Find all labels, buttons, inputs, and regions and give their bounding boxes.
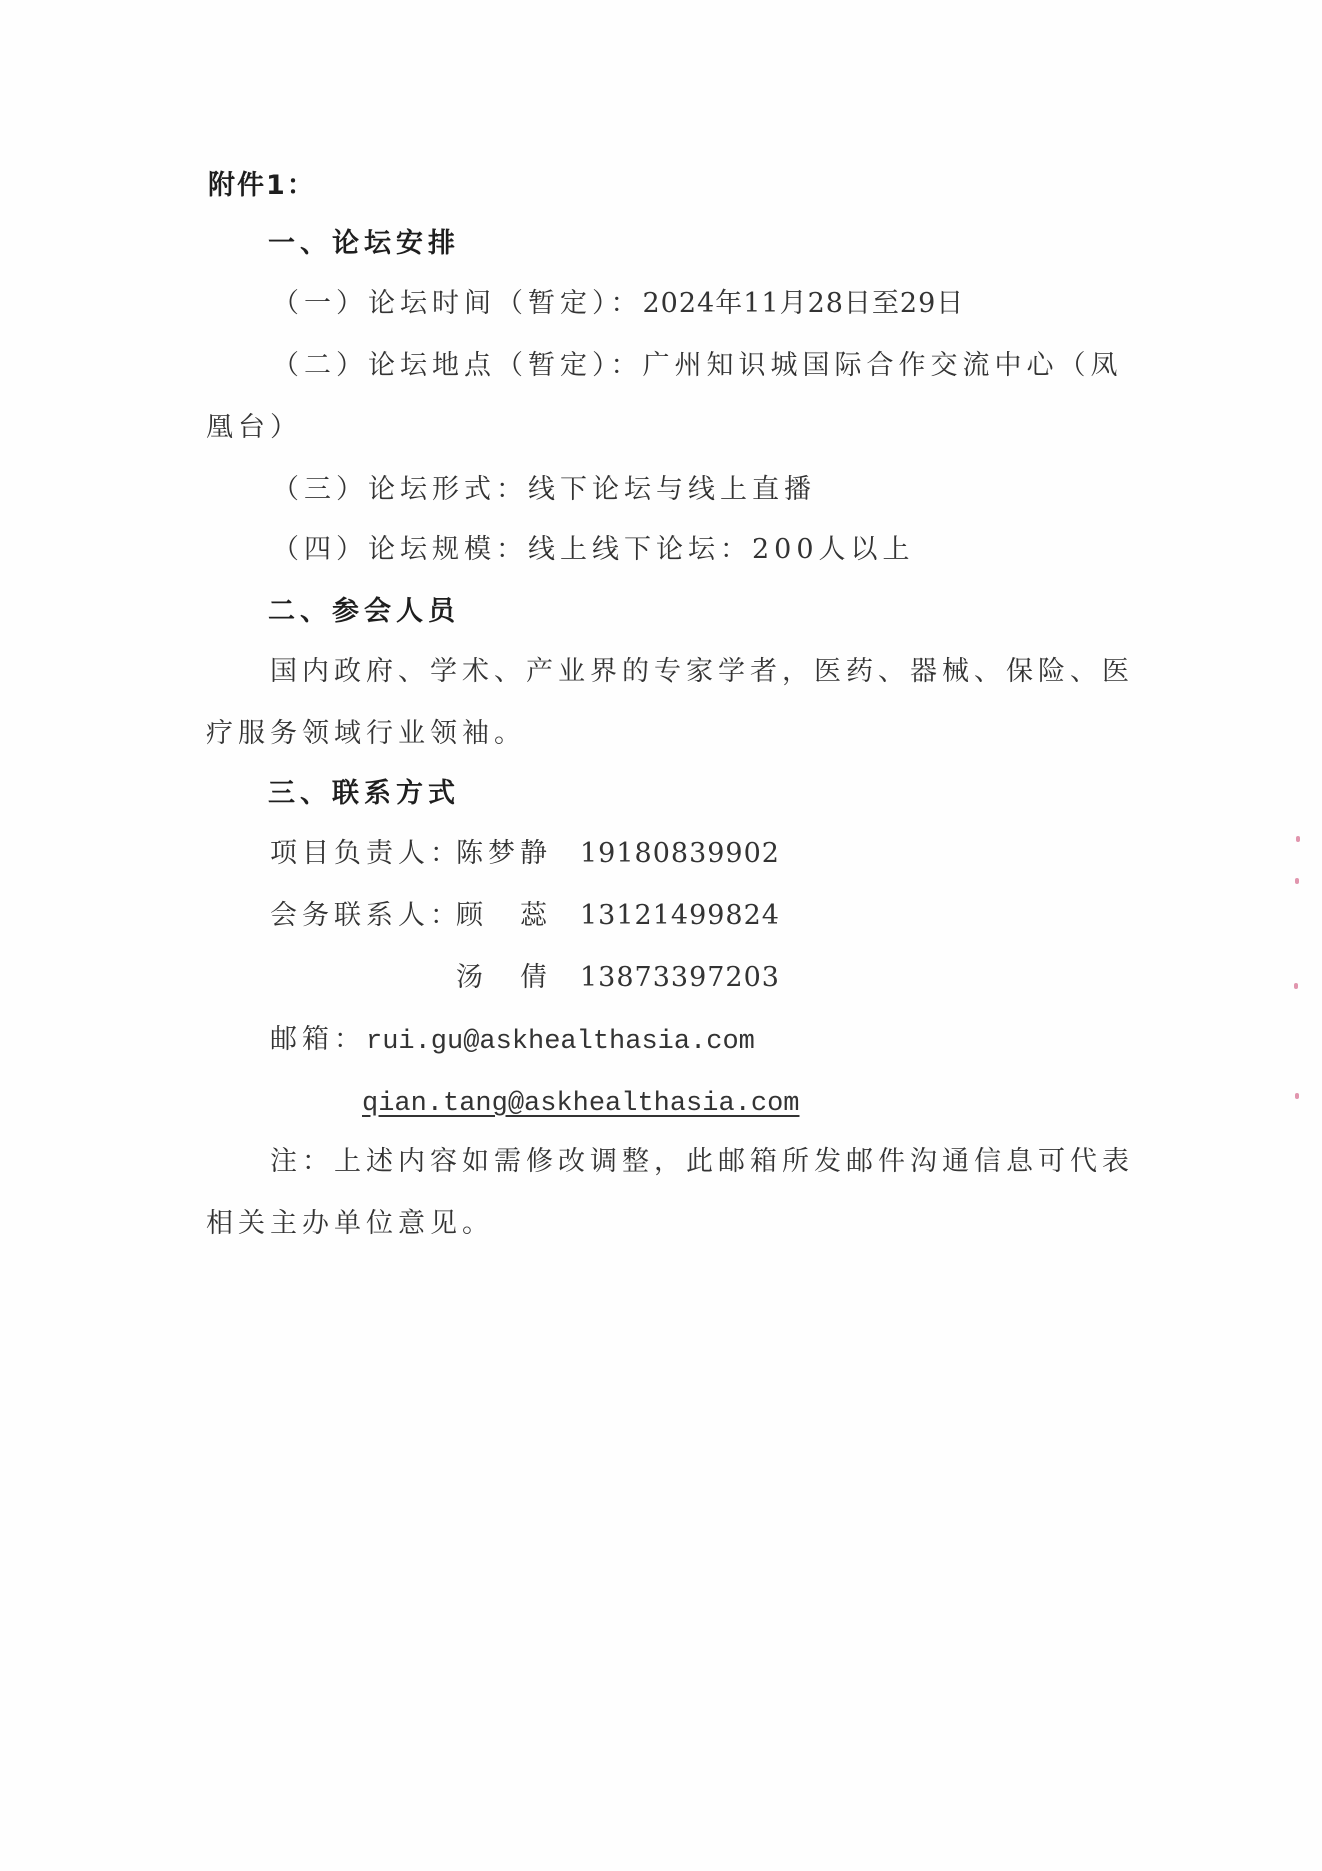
- forum-scale-item: （四）论坛规模：线上线下论坛：200人以上: [272, 530, 915, 570]
- stamp-edge-mark: [1296, 836, 1300, 842]
- forum-location-value: 广州知识城国际合作交流中心（凤: [643, 350, 1123, 381]
- forum-scale-value: 线上线下论坛：200人以上: [528, 534, 915, 565]
- contact-role: 会务联系人：: [270, 896, 456, 936]
- note-text-line1: 注：上述内容如需修改调整，此邮箱所发邮件沟通信息可代表: [270, 1142, 1134, 1182]
- stamp-edge-mark: [1295, 1093, 1299, 1099]
- contact-phone: 19180839902: [580, 838, 780, 869]
- note-text-line2: 相关主办单位意见。: [206, 1204, 494, 1244]
- forum-time-label: （一）论坛时间（暂定）：: [272, 288, 643, 319]
- attachment-title: 附件1：: [208, 166, 316, 206]
- email-link-qian-tang[interactable]: qian.tang@askhealthasia.com: [362, 1089, 799, 1119]
- contact-name: 汤 倩: [456, 958, 580, 998]
- contact-name: 陈梦静: [456, 834, 580, 874]
- forum-location-item: （二）论坛地点（暂定）：广州知识城国际合作交流中心（凤: [272, 346, 1123, 386]
- forum-scale-label: （四）论坛规模：: [272, 534, 528, 565]
- participants-text-line1: 国内政府、学术、产业界的专家学者，医药、器械、保险、医: [270, 652, 1134, 692]
- forum-location-label: （二）论坛地点（暂定）：: [272, 350, 643, 381]
- forum-format-label: （三）论坛形式：: [272, 474, 528, 505]
- contact-row-project-lead: 项目负责人：陈梦静19180839902: [270, 834, 780, 874]
- forum-time-item: （一）论坛时间（暂定）：2024年11月28日至29日: [272, 284, 964, 324]
- contact-role: 项目负责人：: [270, 834, 456, 874]
- contact-row-meeting-contact-1: 会务联系人：顾 蕊13121499824: [270, 896, 780, 936]
- section-heading-participants: 二、参会人员: [268, 592, 460, 632]
- contact-name: 顾 蕊: [456, 896, 580, 936]
- contact-phone: 13873397203: [580, 962, 780, 993]
- contact-row-meeting-contact-2: 汤 倩13873397203: [270, 958, 780, 998]
- forum-time-value: 2024年11月28日至29日: [643, 288, 965, 319]
- stamp-edge-mark: [1295, 878, 1299, 884]
- stamp-edge-mark: [1294, 983, 1298, 989]
- forum-format-value: 线下论坛与线上直播: [528, 474, 816, 505]
- contact-phone: 13121499824: [580, 900, 780, 931]
- email-label: 邮箱：: [270, 1024, 366, 1055]
- section-heading-forum-arrangement: 一、论坛安排: [268, 224, 460, 264]
- forum-format-item: （三）论坛形式：线下论坛与线上直播: [272, 470, 816, 510]
- email-row-1: 邮箱：rui.gu@askhealthasia.com: [270, 1020, 755, 1062]
- section-heading-contact: 三、联系方式: [268, 774, 460, 814]
- email-link-rui-gu[interactable]: rui.gu@askhealthasia.com: [366, 1027, 755, 1057]
- forum-location-value-continued: 凰台）: [206, 408, 302, 448]
- participants-text-line2: 疗服务领域行业领袖。: [206, 714, 526, 754]
- email-row-2: qian.tang@askhealthasia.com: [362, 1082, 799, 1124]
- document-page: 附件1： 一、论坛安排 （一）论坛时间（暂定）：2024年11月28日至29日 …: [0, 0, 1322, 1871]
